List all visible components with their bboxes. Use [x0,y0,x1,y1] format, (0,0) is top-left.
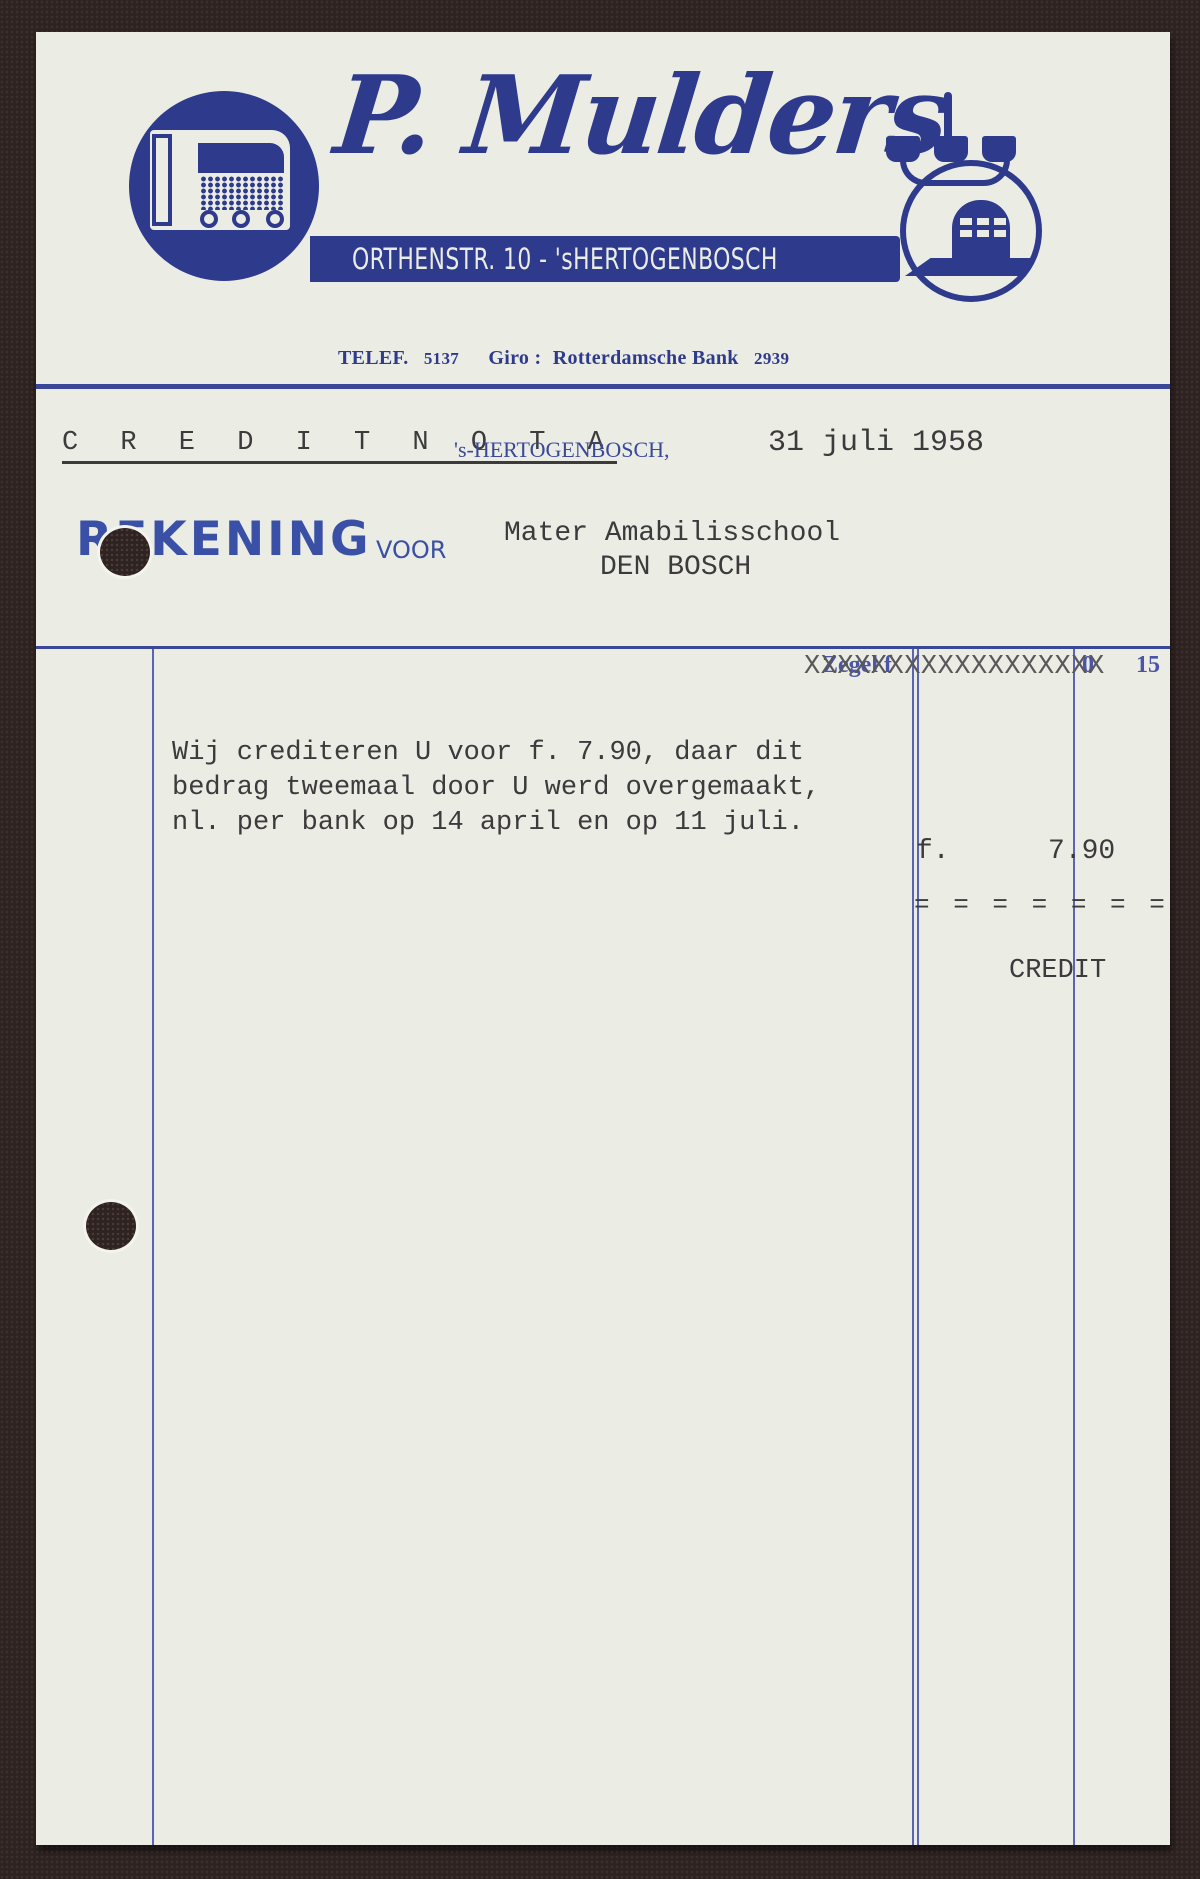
recipient-city: DEN BOSCH [600,552,751,583]
phone-label: TELEF. [338,347,409,369]
cents-column-rule [1073,649,1075,1845]
voor-label: VOOR [376,536,446,564]
amount-value: 7.90 [1048,836,1115,867]
store-address: ORTHENSTR. 10 - 'sHERTOGENBOSCH [352,240,778,278]
header-divider [36,384,1170,389]
brand-name: P. Mulders [330,62,951,170]
contact-line: TELEF. 5137 Giro : Rotterdamsche Bank 29… [338,347,799,370]
amount-column-rule-a [912,649,914,1845]
credit-status: CREDIT [1009,956,1106,986]
bank-number: 2939 [754,349,789,368]
amount-column-rule-b [917,649,919,1845]
stamp-duty-row: Zegel f 0 15 XXXXXXXXXXXXXXXXXX [804,652,1200,682]
margin-rule [152,649,154,1845]
city-label: 's-HERTOGENBOSCH, [454,437,670,463]
giro-label: Giro : [488,347,541,369]
typed-strikeout: XXXXXXXXXXXXXXXXXX [804,652,1105,682]
body-line-3: nl. per bank op 14 april en op 11 juli. [172,808,804,838]
body-line-2: bedrag tweemaal door U werd overgemaakt, [172,773,820,803]
amount-currency: f. [916,836,950,867]
body-line-1: Wij crediteren U voor f. 7.90, daar dit [172,738,804,768]
zegel-cents: 15 [1136,652,1160,679]
phone-number: 5137 [424,349,459,368]
punch-hole-top [100,528,150,576]
document-date: 31 juli 1958 [768,426,984,460]
amount-double-rule: = = = = = = = [914,890,1169,920]
table-top-rule [36,646,1170,649]
punch-hole-bottom [86,1202,136,1250]
bank-name: Rotterdamsche Bank [553,347,739,369]
invoice-paper: ORTHENSTR. 10 - 'sHERTOGENBOSCH P. Mulde… [36,32,1170,1845]
recipient-name: Mater Amabilisschool [504,518,840,549]
